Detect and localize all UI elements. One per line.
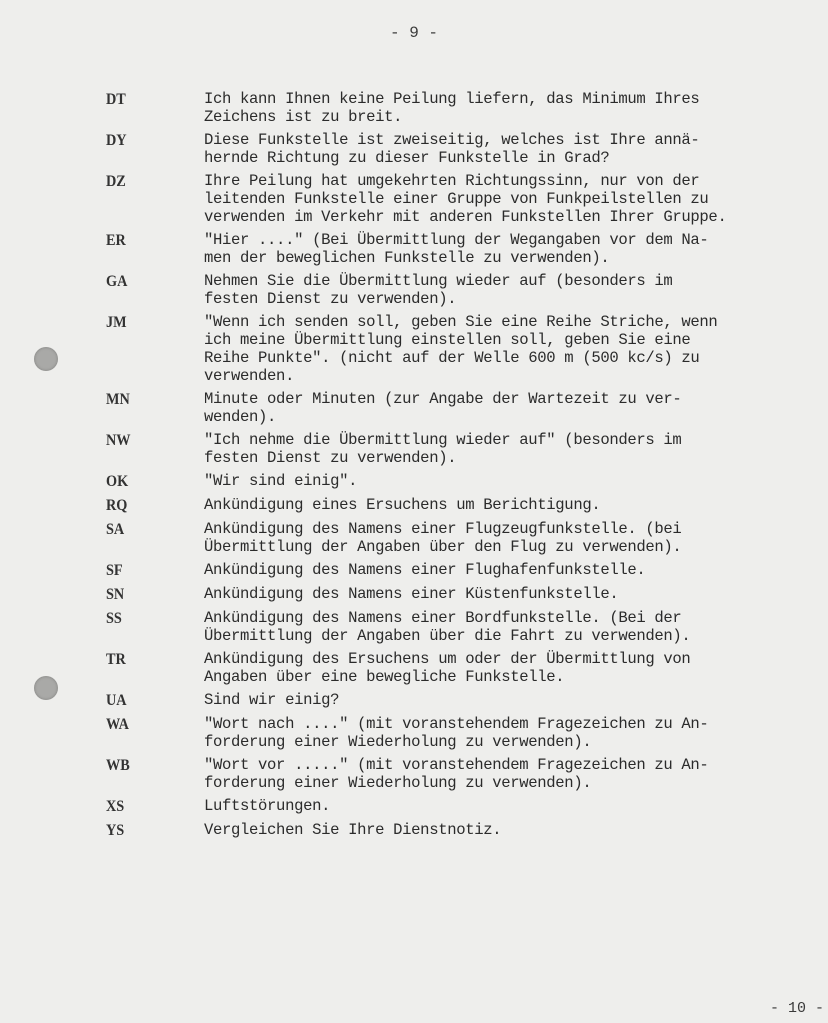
abbreviation-entry: OK"Wir sind einig". — [106, 472, 822, 491]
abbreviation-code: XS — [106, 797, 196, 816]
abbreviation-code: GA — [106, 272, 196, 308]
abbreviation-entry: WB"Wort vor ....." (mit voranstehendem F… — [106, 756, 822, 792]
abbreviation-description: Ankündigung des Namens einer Bordfunkste… — [204, 609, 822, 645]
abbreviation-code: NW — [106, 431, 196, 467]
abbreviation-entry: SSAnkündigung des Namens einer Bordfunks… — [106, 609, 822, 645]
abbreviation-entry: JM"Wenn ich senden soll, geben Sie eine … — [106, 313, 822, 385]
description-line: ich meine Übermittlung einstellen soll, … — [204, 331, 822, 349]
next-page-marker: - 10 - — [770, 1000, 824, 1017]
description-line: festen Dienst zu verwenden). — [204, 449, 822, 467]
abbreviation-entry: SFAnkündigung des Namens einer Flughafen… — [106, 561, 822, 580]
abbreviation-entry: DTIch kann Ihnen keine Peilung liefern, … — [106, 90, 822, 126]
abbreviation-description: "Wenn ich senden soll, geben Sie eine Re… — [204, 313, 822, 385]
abbreviation-entry: MNMinute oder Minuten (zur Angabe der Wa… — [106, 390, 822, 426]
abbreviation-code: WA — [106, 715, 196, 751]
description-line: forderung einer Wiederholung zu verwende… — [204, 733, 822, 751]
description-line: Ich kann Ihnen keine Peilung liefern, da… — [204, 90, 822, 108]
abbreviation-entry: SNAnkündigung des Namens einer Küstenfun… — [106, 585, 822, 604]
abbreviation-entry: RQAnkündigung eines Ersuchens um Bericht… — [106, 496, 822, 515]
abbreviation-description: Ankündigung des Ersuchens um oder der Üb… — [204, 650, 822, 686]
abbreviation-description: Ankündigung eines Ersuchens um Berichtig… — [204, 496, 822, 515]
abbreviation-entry: TRAnkündigung des Ersuchens um oder der … — [106, 650, 822, 686]
abbreviation-code: DZ — [106, 172, 196, 226]
abbreviation-description: Diese Funkstelle ist zweiseitig, welches… — [204, 131, 822, 167]
description-line: Ankündigung des Namens einer Flugzeugfun… — [204, 520, 822, 538]
abbreviation-code: SA — [106, 520, 196, 556]
description-line: Reihe Punkte". (nicht auf der Welle 600 … — [204, 349, 822, 367]
description-line: leitenden Funkstelle einer Gruppe von Fu… — [204, 190, 822, 208]
description-line: wenden). — [204, 408, 822, 426]
abbreviation-code: UA — [106, 691, 196, 710]
abbreviation-code: TR — [106, 650, 196, 686]
abbreviation-code: DY — [106, 131, 196, 167]
abbreviation-code: RQ — [106, 496, 196, 515]
abbreviation-entry: ER"Hier ...." (Bei Übermittlung der Wega… — [106, 231, 822, 267]
description-line: Ihre Peilung hat umgekehrten Richtungssi… — [204, 172, 822, 190]
description-line: Diese Funkstelle ist zweiseitig, welches… — [204, 131, 822, 149]
abbreviation-code: OK — [106, 472, 196, 491]
abbreviation-description: "Wort vor ....." (mit voranstehendem Fra… — [204, 756, 822, 792]
abbreviation-description: "Wort nach ...." (mit voranstehendem Fra… — [204, 715, 822, 751]
abbreviation-code: SF — [106, 561, 196, 580]
abbreviation-entry: YSVergleichen Sie Ihre Dienstnotiz. — [106, 821, 822, 840]
abbreviation-description: "Hier ...." (Bei Übermittlung der Wegang… — [204, 231, 822, 267]
punch-hole — [34, 347, 58, 371]
abbreviation-entry: XSLuftstörungen. — [106, 797, 822, 816]
description-line: Nehmen Sie die Übermittlung wieder auf (… — [204, 272, 822, 290]
description-line: Ankündigung des Namens einer Flughafenfu… — [204, 561, 822, 579]
description-line: hernde Richtung zu dieser Funkstelle in … — [204, 149, 822, 167]
abbreviation-description: Vergleichen Sie Ihre Dienstnotiz. — [204, 821, 822, 840]
description-line: verwenden. — [204, 367, 822, 385]
description-line: Minute oder Minuten (zur Angabe der Wart… — [204, 390, 822, 408]
abbreviation-list: DTIch kann Ihnen keine Peilung liefern, … — [106, 90, 822, 845]
abbreviation-entry: SAAnkündigung des Namens einer Flugzeugf… — [106, 520, 822, 556]
abbreviation-description: Ihre Peilung hat umgekehrten Richtungssi… — [204, 172, 822, 226]
abbreviation-entry: UASind wir einig? — [106, 691, 822, 710]
abbreviation-description: "Ich nehme die Übermittlung wieder auf" … — [204, 431, 822, 467]
description-line: Ankündigung des Namens einer Küstenfunks… — [204, 585, 822, 603]
abbreviation-description: Ankündigung des Namens einer Küstenfunks… — [204, 585, 822, 604]
abbreviation-entry: WA"Wort nach ...." (mit voranstehendem F… — [106, 715, 822, 751]
description-line: "Hier ...." (Bei Übermittlung der Wegang… — [204, 231, 822, 249]
abbreviation-code: WB — [106, 756, 196, 792]
description-line: "Ich nehme die Übermittlung wieder auf" … — [204, 431, 822, 449]
description-line: Luftstörungen. — [204, 797, 822, 815]
description-line: "Wort nach ...." (mit voranstehendem Fra… — [204, 715, 822, 733]
document-page: - 9 - DTIch kann Ihnen keine Peilung lie… — [0, 0, 828, 1023]
description-line: Ankündigung eines Ersuchens um Berichtig… — [204, 496, 822, 514]
abbreviation-entry: DYDiese Funkstelle ist zweiseitig, welch… — [106, 131, 822, 167]
description-line: Ankündigung des Ersuchens um oder der Üb… — [204, 650, 822, 668]
abbreviation-entry: DZIhre Peilung hat umgekehrten Richtungs… — [106, 172, 822, 226]
description-line: Ankündigung des Namens einer Bordfunkste… — [204, 609, 822, 627]
description-line: Vergleichen Sie Ihre Dienstnotiz. — [204, 821, 822, 839]
abbreviation-description: Ankündigung des Namens einer Flugzeugfun… — [204, 520, 822, 556]
description-line: "Wenn ich senden soll, geben Sie eine Re… — [204, 313, 822, 331]
abbreviation-description: Minute oder Minuten (zur Angabe der Wart… — [204, 390, 822, 426]
abbreviation-code: MN — [106, 390, 196, 426]
abbreviation-code: SS — [106, 609, 196, 645]
abbreviation-description: Sind wir einig? — [204, 691, 822, 710]
description-line: "Wir sind einig". — [204, 472, 822, 490]
description-line: men der beweglichen Funkstelle zu verwen… — [204, 249, 822, 267]
description-line: Sind wir einig? — [204, 691, 822, 709]
abbreviation-code: SN — [106, 585, 196, 604]
abbreviation-code: DT — [106, 90, 196, 126]
description-line: forderung einer Wiederholung zu verwende… — [204, 774, 822, 792]
abbreviation-entry: NW"Ich nehme die Übermittlung wieder auf… — [106, 431, 822, 467]
abbreviation-description: Luftstörungen. — [204, 797, 822, 816]
description-line: Angaben über eine bewegliche Funkstelle. — [204, 668, 822, 686]
abbreviation-code: ER — [106, 231, 196, 267]
punch-hole — [34, 676, 58, 700]
description-line: Übermittlung der Angaben über den Flug z… — [204, 538, 822, 556]
abbreviation-description: Ich kann Ihnen keine Peilung liefern, da… — [204, 90, 822, 126]
abbreviation-description: "Wir sind einig". — [204, 472, 822, 491]
abbreviation-description: Nehmen Sie die Übermittlung wieder auf (… — [204, 272, 822, 308]
description-line: Übermittlung der Angaben über die Fahrt … — [204, 627, 822, 645]
abbreviation-code: JM — [106, 313, 196, 385]
description-line: festen Dienst zu verwenden). — [204, 290, 822, 308]
abbreviation-description: Ankündigung des Namens einer Flughafenfu… — [204, 561, 822, 580]
abbreviation-entry: GANehmen Sie die Übermittlung wieder auf… — [106, 272, 822, 308]
abbreviation-code: YS — [106, 821, 196, 840]
description-line: "Wort vor ....." (mit voranstehendem Fra… — [204, 756, 822, 774]
description-line: Zeichens ist zu breit. — [204, 108, 822, 126]
description-line: verwenden im Verkehr mit anderen Funkste… — [204, 208, 822, 226]
page-number: - 9 - — [0, 24, 828, 42]
